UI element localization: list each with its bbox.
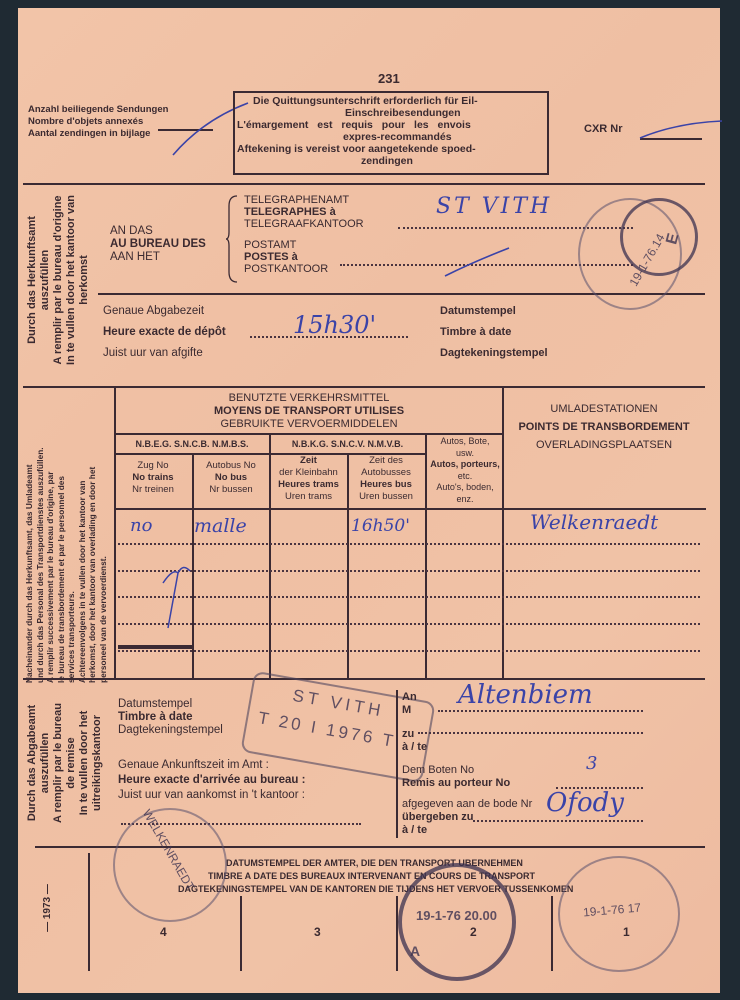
col-bus-header: Autobus NoNo busNr bussen [192, 460, 270, 496]
col-bus-time-header: Zeit desAutobussesHeures busUren bussen [347, 455, 425, 503]
transfer-station-value: Welkenraedt [530, 510, 658, 534]
deposit-time-value: 15h30' [293, 311, 376, 339]
bus-number-value: malle [194, 515, 247, 537]
handed-to-value: Ofody [546, 788, 624, 818]
col-other-header: Autos, Bote,usw.Autos, porteurs,etc.Auto… [426, 436, 504, 505]
divider [269, 453, 271, 678]
divider [347, 453, 349, 678]
form-number: 231 [378, 72, 400, 85]
divider [396, 690, 398, 838]
form-year: — 1973 — [41, 868, 54, 948]
telegram-transport-form: 231 Anzahl beiliegende Sendungen Nombre … [18, 8, 720, 993]
recipient-value: Altenbiem [458, 680, 593, 710]
col-train-header: Zug NoNo trainsNr treinen [114, 460, 192, 496]
divider [23, 678, 705, 680]
divider [88, 853, 90, 971]
destination-field[interactable] [418, 732, 643, 734]
rail-group-label: N.B.E.G. S.N.C.B. N.M.B.S. [114, 438, 270, 450]
divider [396, 896, 398, 971]
divider [23, 183, 705, 185]
slot-3-number: 3 [314, 926, 321, 939]
cxr-label: CXR Nr [584, 123, 623, 136]
telegraph-office-value: ST VITH [436, 194, 552, 219]
transport-side-label: Nacheinander durch das Herkunftsamt, das… [24, 393, 108, 683]
cxr-strike-mark [636, 118, 726, 143]
train-number-value: no [130, 515, 152, 536]
handwritten-mark [158, 563, 198, 633]
row-end-bar [118, 645, 192, 649]
delivery-side-label: Durch das Abgabeamt auszufüllen A rempli… [26, 683, 104, 843]
post-office-strike-mark [443, 246, 513, 278]
divider [551, 896, 553, 971]
divider [23, 386, 705, 388]
signature-notice-box: Die Quittungsunterschrift erforderlich f… [233, 91, 549, 175]
origin-side-label: Durch das Herkunftsamt auszufüllen A rem… [26, 180, 91, 380]
brace-icon [225, 194, 239, 284]
divider [240, 896, 242, 971]
recipient-field[interactable] [438, 710, 643, 712]
handed-to-field[interactable] [473, 820, 643, 822]
col-tram-time-header: Zeitder KleinbahnHeures tramsUren trams [270, 455, 347, 503]
slot-4-number: 4 [160, 926, 167, 939]
divider [114, 433, 504, 435]
divider [269, 433, 271, 453]
tram-group-label: N.B.K.G. S.N.C.V. N.M.V.B. [270, 438, 425, 450]
messenger-number-value: 3 [586, 753, 597, 774]
bus-time-value: 16h50' [351, 516, 410, 536]
